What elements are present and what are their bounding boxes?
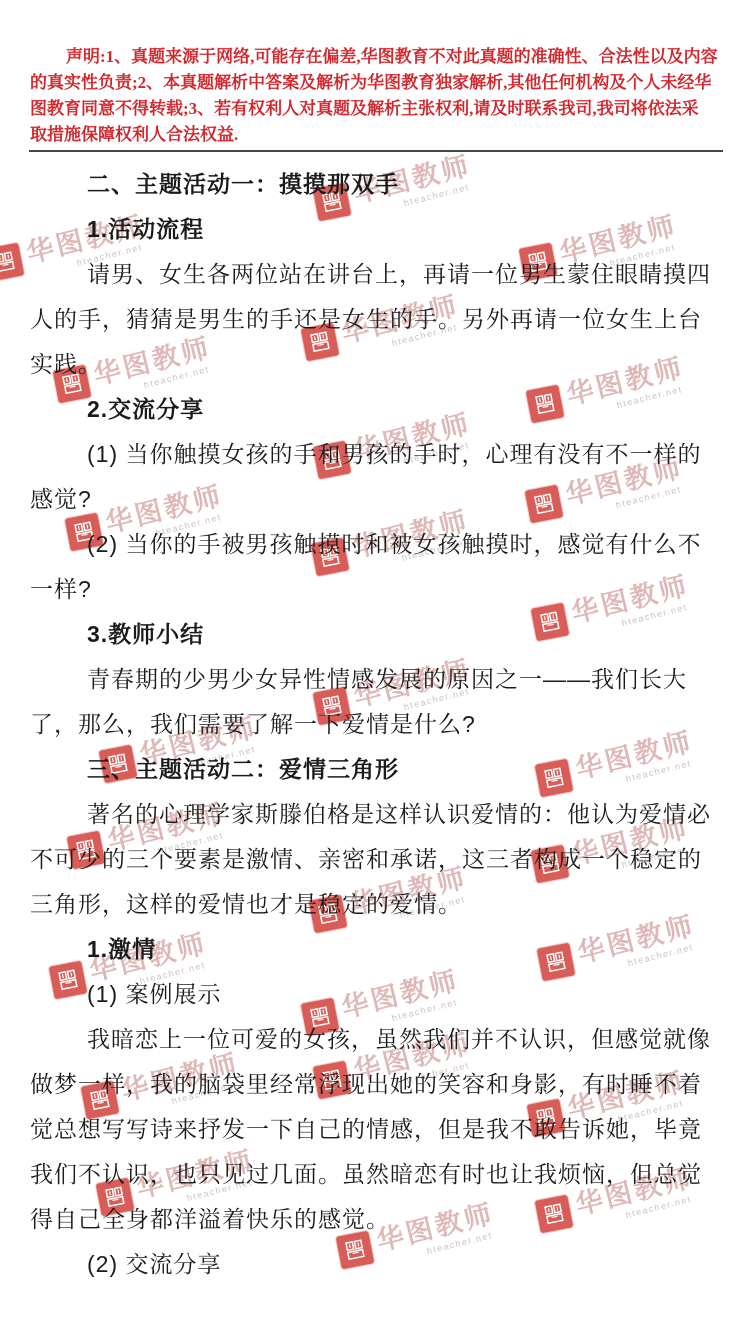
- text-line-content: 觉总想写写诗来抒发一下自己的情感，但是我不敢告诉她，毕竟: [30, 1116, 702, 1142]
- text-line-content: 请男、女生各两位站在讲台上，再请一位男生蒙住眼睛摸四: [87, 261, 711, 287]
- text-line: 3.教师小结: [30, 612, 735, 657]
- text-line: 三角形，这样的爱情也才是稳定的爱情。: [30, 882, 735, 927]
- huatu-logo-icon: [0, 243, 24, 282]
- text-line: 我暗恋上一位可爱的女孩，虽然我们并不认识，但感觉就像: [30, 1017, 735, 1062]
- disclaimer-text: 1、真题来源于网络,可能存在偏差,华图教育不对此真题的准确性、合法性以及内容: [106, 47, 718, 66]
- text-line: 请男、女生各两位站在讲台上，再请一位男生蒙住眼睛摸四: [30, 252, 735, 297]
- text-line: 觉总想写写诗来抒发一下自己的情感，但是我不敢告诉她，毕竟: [30, 1107, 735, 1152]
- text-line: 二、主题活动一：摸摸那双手: [30, 162, 735, 207]
- text-line-content: 1.活动流程: [87, 216, 204, 242]
- document-page: 华图教师 hteacher.net 华图教师 hteacher.net: [0, 0, 748, 1335]
- text-line-content: 二、主题活动一：摸摸那双手: [87, 171, 399, 197]
- text-line-content: 我们不认识，也只见过几面。虽然暗恋有时也让我烦恼，但总觉: [30, 1161, 702, 1187]
- disclaimer-line: 声明:1、真题来源于网络,可能存在偏差,华图教育不对此真题的准确性、合法性以及内…: [30, 44, 724, 70]
- text-line-content: 不可少的三个要素是激情、亲密和承诺，这三者构成一个稳定的: [30, 846, 702, 872]
- disclaimer-label: 声明:: [66, 47, 106, 66]
- text-line: (2) 交流分享: [30, 1242, 735, 1287]
- document-lines: 二、主题活动一：摸摸那双手1.活动流程请男、女生各两位站在讲台上，再请一位男生蒙…: [30, 162, 735, 1287]
- text-line-content: 2.交流分享: [87, 396, 204, 422]
- text-line: 1.激情: [30, 927, 735, 972]
- text-line: 不可少的三个要素是激情、亲密和承诺，这三者构成一个稳定的: [30, 837, 735, 882]
- text-line: 著名的心理学家斯滕伯格是这样认识爱情的：他认为爱情必: [30, 792, 735, 837]
- text-line-content: (1) 当你触摸女孩的手和男孩的手时，心理有没有不一样的: [87, 441, 702, 467]
- text-line-content: 了，那么，我们需要了解一下爱情是什么?: [30, 711, 476, 737]
- text-line: 做梦一样，我的脑袋里经常浮现出她的笑容和身影，有时睡不着: [30, 1062, 735, 1107]
- section-divider: [29, 150, 723, 152]
- text-line-content: 人的手，猜猜是男生的手还是女生的手。另外再请一位女生上台: [30, 306, 702, 332]
- disclaimer: 声明:1、真题来源于网络,可能存在偏差,华图教育不对此真题的准确性、合法性以及内…: [30, 44, 724, 148]
- text-line: 实践。: [30, 342, 735, 387]
- text-line: 了，那么，我们需要了解一下爱情是什么?: [30, 702, 735, 747]
- text-line-content: 做梦一样，我的脑袋里经常浮现出她的笑容和身影，有时睡不着: [30, 1071, 702, 1097]
- disclaimer-line: 的真实性负责;2、本真题解析中答案及解析为华图教育独家解析,其他任何机构及个人未…: [30, 70, 724, 96]
- text-line-content: 3.教师小结: [87, 621, 204, 647]
- text-line-content: 三角形，这样的爱情也才是稳定的爱情。: [30, 891, 462, 917]
- text-line: 三、主题活动二：爱情三角形: [30, 747, 735, 792]
- text-line: 1.活动流程: [30, 207, 735, 252]
- text-line: 我们不认识，也只见过几面。虽然暗恋有时也让我烦恼，但总觉: [30, 1152, 735, 1197]
- text-line: 一样?: [30, 567, 735, 612]
- text-line-content: (2) 交流分享: [87, 1251, 222, 1277]
- text-line: 人的手，猜猜是男生的手还是女生的手。另外再请一位女生上台: [30, 297, 735, 342]
- text-line-content: 三、主题活动二：爱情三角形: [87, 756, 399, 782]
- text-line: (2) 当你的手被男孩触摸时和被女孩触摸时，感觉有什么不: [30, 522, 735, 567]
- disclaimer-line: 图教育同意不得转载;3、若有权利人对真题及解析主张权利,请及时联系我司,我司将依…: [30, 96, 724, 122]
- text-line: (1) 当你触摸女孩的手和男孩的手时，心理有没有不一样的: [30, 432, 735, 477]
- text-line-content: 感觉?: [30, 486, 92, 512]
- text-line: 感觉?: [30, 477, 735, 522]
- text-line-content: (2) 当你的手被男孩触摸时和被女孩触摸时，感觉有什么不: [87, 531, 702, 557]
- text-line: 得自己全身都洋溢着快乐的感觉。: [30, 1197, 735, 1242]
- text-line: 2.交流分享: [30, 387, 735, 432]
- text-line-content: (1) 案例展示: [87, 981, 222, 1007]
- disclaimer-line: 取措施保障权利人合法权益.: [30, 122, 724, 148]
- text-line-content: 著名的心理学家斯滕伯格是这样认识爱情的：他认为爱情必: [87, 801, 711, 827]
- text-line-content: 青春期的少男少女异性情感发展的原因之一——我们长大: [87, 666, 687, 692]
- text-line-content: 得自己全身都洋溢着快乐的感觉。: [30, 1206, 390, 1232]
- text-line-content: 一样?: [30, 576, 92, 602]
- text-line: 青春期的少男少女异性情感发展的原因之一——我们长大: [30, 657, 735, 702]
- text-line-content: 实践。: [30, 351, 102, 377]
- text-line: (1) 案例展示: [30, 972, 735, 1017]
- text-line-content: 我暗恋上一位可爱的女孩，虽然我们并不认识，但感觉就像: [87, 1026, 711, 1052]
- text-line-content: 1.激情: [87, 936, 156, 962]
